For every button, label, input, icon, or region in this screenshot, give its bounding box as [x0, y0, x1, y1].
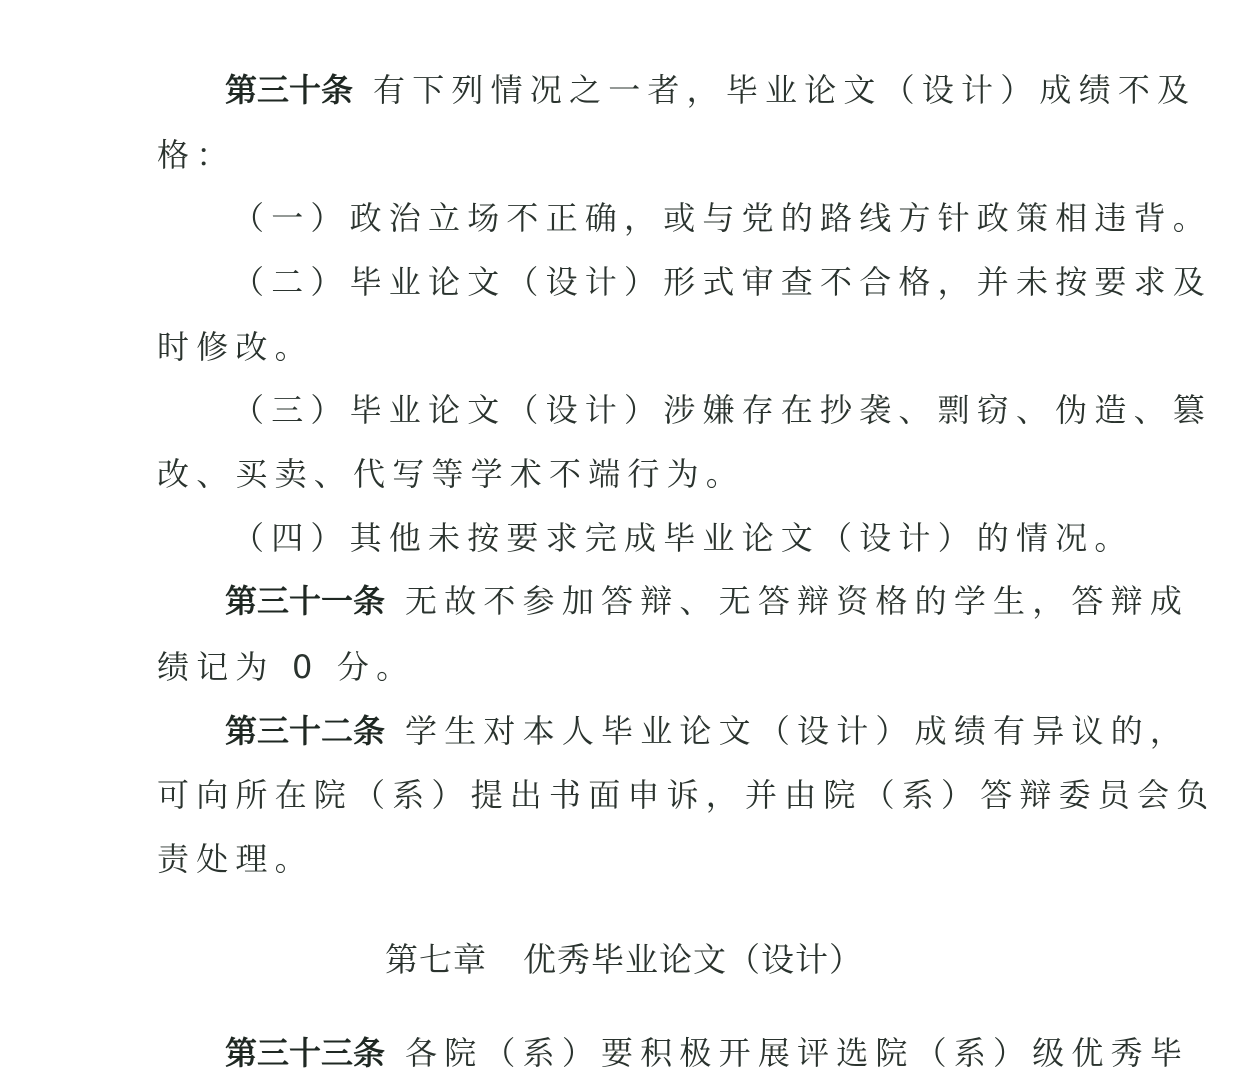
article-30-line-2: 格：: [157, 135, 235, 175]
item-3-line-1: （三）毕业论文（设计）涉嫌存在抄袭、剽窃、伪造、篡: [232, 390, 1212, 430]
article-33-label: 第三十三条: [225, 1034, 385, 1072]
article-30-line-1: 第三十条有下列情况之一者，毕业论文（设计）成绩不及: [225, 70, 1196, 110]
article-32-line-2: 可向所在院（系）提出书面申诉，并由院（系）答辩委员会负: [157, 775, 1215, 815]
article-32-label: 第三十二条: [225, 712, 385, 750]
article-32-line-3: 责处理。: [157, 839, 314, 879]
article-31-label: 第三十一条: [225, 582, 385, 620]
article-31-line-1: 第三十一条无故不参加答辩、无答辩资格的学生，答辩成: [225, 581, 1189, 621]
article-32-line-1: 第三十二条学生对本人毕业论文（设计）成绩有异议的，: [225, 711, 1189, 751]
article-31-line-2: 绩记为 0 分。: [157, 647, 415, 687]
article-30-label: 第三十条: [225, 71, 353, 109]
chapter-heading: 第七章优秀毕业论文（设计）: [385, 934, 863, 981]
chapter-number: 第七章: [385, 940, 487, 979]
item-4-line-1: （四）其他未按要求完成毕业论文（设计）的情况。: [232, 518, 1134, 558]
item-2-line-1: （二）毕业论文（设计）形式审查不合格，并未按要求及: [232, 262, 1212, 302]
chapter-title: 优秀毕业论文（设计）: [523, 940, 863, 979]
item-1-line-1: （一）政治立场不正确，或与党的路线方针政策相违背。: [232, 198, 1212, 238]
article-33-line-1: 第三十三条各院（系）要积极开展评选院（系）级优秀毕: [225, 1033, 1189, 1073]
item-2-line-2: 时修改。: [157, 327, 314, 367]
item-3-line-2: 改、买卖、代写等学术不端行为。: [157, 454, 745, 494]
